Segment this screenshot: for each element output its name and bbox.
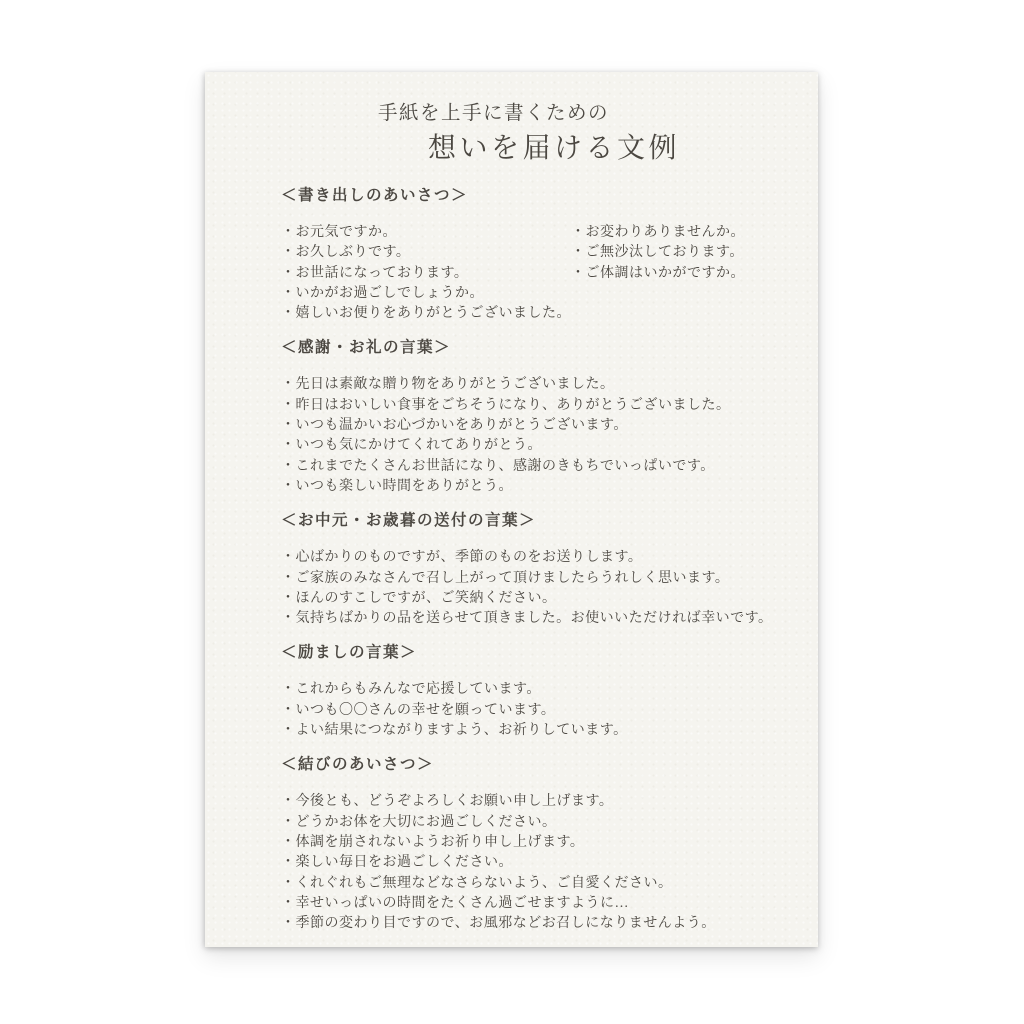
item-text: 体調を崩されないようお祈り申し上げます。 bbox=[296, 835, 585, 850]
item-list-right: ・お変わりありませんか。 ・ご無沙汰しております。 ・ご体調はいかがですか。 bbox=[571, 223, 784, 324]
list-item: ・先日は素敵な贈り物をありがとうございました。 bbox=[281, 375, 784, 395]
bullet-icon: ・ bbox=[281, 835, 296, 850]
bullet-icon: ・ bbox=[281, 398, 296, 413]
item-text: 楽しい毎日をお過ごしください。 bbox=[296, 855, 514, 870]
bullet-icon: ・ bbox=[281, 245, 296, 260]
list-item: ・ほんのすこしですが、ご笑納ください。 bbox=[281, 589, 784, 609]
bullet-icon: ・ bbox=[281, 723, 296, 738]
section-heading: ＜書き出しのあいさつ＞ bbox=[281, 186, 784, 206]
item-list: ・今後とも、どうぞよろしくお願い申し上げます。 ・どうかお体を大切にお過ごしくだ… bbox=[281, 792, 784, 934]
bullet-icon: ・ bbox=[281, 896, 296, 911]
item-text: よい結果につながりますよう、お祈りしています。 bbox=[296, 723, 628, 738]
list-item: ・どうかお体を大切にお過ごしください。 bbox=[281, 813, 784, 833]
bullet-icon: ・ bbox=[571, 225, 586, 240]
list-item: ・ご無沙汰しております。 bbox=[571, 243, 784, 263]
bullet-icon: ・ bbox=[281, 855, 296, 870]
item-text: お久しぶりです。 bbox=[296, 245, 411, 260]
list-item: ・今後とも、どうぞよろしくお願い申し上げます。 bbox=[281, 792, 784, 812]
bullet-icon: ・ bbox=[281, 703, 296, 718]
section-heading: ＜感謝・お礼の言葉＞ bbox=[281, 338, 784, 358]
item-text: 嬉しいお便りをありがとうございました。 bbox=[296, 306, 572, 321]
list-item: ・これからもみんなで応援しています。 bbox=[281, 680, 784, 700]
bullet-icon: ・ bbox=[281, 550, 296, 565]
list-item: ・お世話になっております。 bbox=[281, 264, 571, 284]
list-item: ・体調を崩されないようお祈り申し上げます。 bbox=[281, 833, 784, 853]
bullet-icon: ・ bbox=[281, 459, 296, 474]
item-text: お変わりありませんか。 bbox=[586, 225, 746, 240]
item-text: ほんのすこしですが、ご笑納ください。 bbox=[296, 591, 557, 606]
item-text: 気持ちばかりの品を送らせて頂きました。お使いいただければ幸いです。 bbox=[296, 611, 773, 626]
item-text: いつも気にかけてくれてありがとう。 bbox=[296, 438, 543, 453]
item-text: 昨日はおいしい食事をごちそうになり、ありがとうございました。 bbox=[296, 398, 731, 413]
list-item: ・いつも気にかけてくれてありがとう。 bbox=[281, 436, 784, 456]
bullet-icon: ・ bbox=[281, 794, 296, 809]
item-text: いつも楽しい時間をありがとう。 bbox=[296, 479, 514, 494]
list-item: ・楽しい毎日をお過ごしください。 bbox=[281, 853, 784, 873]
item-text: 先日は素敵な贈り物をありがとうございました。 bbox=[296, 377, 615, 392]
item-list-left: ・お元気ですか。 ・お久しぶりです。 ・お世話になっております。 ・いかがお過ご… bbox=[281, 223, 571, 324]
list-item: ・ご家族のみなさんで召し上がって頂けましたらうれしく思います。 bbox=[281, 569, 784, 589]
section-encouragement-words: ＜励ましの言葉＞ ・これからもみんなで応援しています。 ・いつも〇〇さんの幸せを… bbox=[281, 643, 784, 741]
section-opening-greetings: ＜書き出しのあいさつ＞ ・お元気ですか。 ・お久しぶりです。 ・お世話になってお… bbox=[281, 186, 784, 324]
two-column-list: ・お元気ですか。 ・お久しぶりです。 ・お世話になっております。 ・いかがお過ご… bbox=[281, 223, 784, 324]
list-item: ・幸せいっぱいの時間をたくさん過ごせますように… bbox=[281, 894, 784, 914]
item-list: ・これからもみんなで応援しています。 ・いつも〇〇さんの幸せを願っています。 ・… bbox=[281, 680, 784, 741]
item-text: これからもみんなで応援しています。 bbox=[296, 682, 541, 697]
bullet-icon: ・ bbox=[281, 418, 296, 433]
list-item: ・昨日はおいしい食事をごちそうになり、ありがとうございました。 bbox=[281, 396, 784, 416]
section-closing-greetings: ＜結びのあいさつ＞ ・今後とも、どうぞよろしくお願い申し上げます。 ・どうかお体… bbox=[281, 755, 784, 934]
item-text: どうかお体を大切にお過ごしください。 bbox=[296, 815, 557, 830]
item-text: お元気ですか。 bbox=[296, 225, 398, 240]
list-item: ・よい結果につながりますよう、お祈りしています。 bbox=[281, 721, 784, 741]
list-item: ・お久しぶりです。 bbox=[281, 243, 571, 263]
item-text: 心ばかりのものですが、季節のものをお送りします。 bbox=[296, 550, 643, 565]
list-item: ・いつも温かいお心づかいをありがとうございます。 bbox=[281, 416, 784, 436]
item-list: ・先日は素敵な贈り物をありがとうございました。 ・昨日はおいしい食事をごちそうに… bbox=[281, 375, 784, 497]
item-text: ご体調はいかがですか。 bbox=[586, 266, 746, 281]
document-title: 手紙を上手に書くための 想いを届ける文例 bbox=[281, 102, 784, 166]
bullet-icon: ・ bbox=[281, 286, 296, 301]
item-text: いつも温かいお心づかいをありがとうございます。 bbox=[296, 418, 628, 433]
list-item: ・心ばかりのものですが、季節のものをお送りします。 bbox=[281, 548, 784, 568]
bullet-icon: ・ bbox=[281, 306, 296, 321]
section-heading: ＜励ましの言葉＞ bbox=[281, 643, 784, 663]
list-item: ・いつも楽しい時間をありがとう。 bbox=[281, 477, 784, 497]
item-text: お世話になっております。 bbox=[296, 266, 469, 281]
title-line-1: 手紙を上手に書くための bbox=[378, 102, 784, 126]
bullet-icon: ・ bbox=[281, 571, 296, 586]
bullet-icon: ・ bbox=[281, 591, 296, 606]
item-text: 季節の変わり目ですので、お風邪などお召しになりませんよう。 bbox=[296, 916, 716, 931]
list-item: ・ご体調はいかがですか。 bbox=[571, 264, 784, 284]
bullet-icon: ・ bbox=[281, 815, 296, 830]
list-item: ・お元気ですか。 bbox=[281, 223, 571, 243]
list-item: ・気持ちばかりの品を送らせて頂きました。お使いいただければ幸いです。 bbox=[281, 609, 784, 629]
item-text: ご無沙汰しております。 bbox=[586, 245, 744, 260]
bullet-icon: ・ bbox=[281, 266, 296, 281]
bullet-icon: ・ bbox=[281, 611, 296, 626]
list-item: ・季節の変わり目ですので、お風邪などお召しになりませんよう。 bbox=[281, 914, 784, 934]
list-item: ・いつも〇〇さんの幸せを願っています。 bbox=[281, 701, 784, 721]
section-thanks-words: ＜感謝・お礼の言葉＞ ・先日は素敵な贈り物をありがとうございました。 ・昨日はお… bbox=[281, 338, 784, 497]
bullet-icon: ・ bbox=[281, 479, 296, 494]
bullet-icon: ・ bbox=[281, 916, 296, 931]
bullet-icon: ・ bbox=[281, 876, 296, 891]
title-line-2: 想いを届ける文例 bbox=[428, 132, 784, 166]
list-item: ・お変わりありませんか。 bbox=[571, 223, 784, 243]
item-text: これまでたくさんお世話になり、感謝のきもちでいっぱいです。 bbox=[296, 459, 715, 474]
section-heading: ＜結びのあいさつ＞ bbox=[281, 755, 784, 775]
section-gift-sending-words: ＜お中元・お歳暮の送付の言葉＞ ・心ばかりのものですが、季節のものをお送りします… bbox=[281, 511, 784, 629]
item-text: ご家族のみなさんで召し上がって頂けましたらうれしく思います。 bbox=[296, 571, 730, 586]
bullet-icon: ・ bbox=[281, 225, 296, 240]
item-text: いかがお過ごしでしょうか。 bbox=[296, 286, 485, 301]
list-item: ・これまでたくさんお世話になり、感謝のきもちでいっぱいです。 bbox=[281, 457, 784, 477]
list-item: ・いかがお過ごしでしょうか。 bbox=[281, 284, 571, 304]
item-text: くれぐれもご無理などなさらないよう、ご自愛ください。 bbox=[296, 876, 673, 891]
item-list: ・心ばかりのものですが、季節のものをお送りします。 ・ご家族のみなさんで召し上が… bbox=[281, 548, 784, 629]
item-text: いつも〇〇さんの幸せを願っています。 bbox=[296, 703, 556, 718]
section-heading: ＜お中元・お歳暮の送付の言葉＞ bbox=[281, 511, 784, 531]
list-item: ・くれぐれもご無理などなさらないよう、ご自愛ください。 bbox=[281, 874, 784, 894]
bullet-icon: ・ bbox=[571, 266, 586, 281]
paper-sheet: 手紙を上手に書くための 想いを届ける文例 ＜書き出しのあいさつ＞ ・お元気ですか… bbox=[205, 72, 818, 947]
page-background: 手紙を上手に書くための 想いを届ける文例 ＜書き出しのあいさつ＞ ・お元気ですか… bbox=[0, 0, 1024, 1024]
item-text: 幸せいっぱいの時間をたくさん過ごせますように… bbox=[296, 896, 630, 911]
item-text: 今後とも、どうぞよろしくお願い申し上げます。 bbox=[296, 794, 614, 809]
list-item: ・嬉しいお便りをありがとうございました。 bbox=[281, 304, 571, 324]
bullet-icon: ・ bbox=[281, 438, 296, 453]
bullet-icon: ・ bbox=[281, 377, 296, 392]
bullet-icon: ・ bbox=[281, 682, 296, 697]
bullet-icon: ・ bbox=[571, 245, 586, 260]
